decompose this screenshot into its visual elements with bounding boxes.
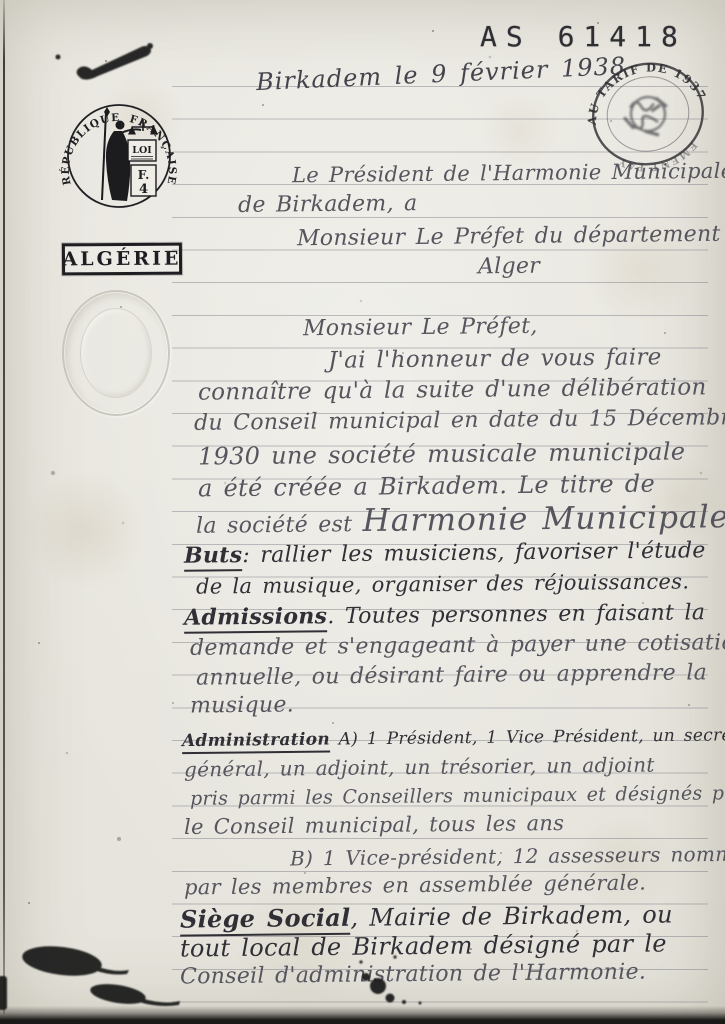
handwritten-text: annuelle, ou désirant faire ou apprendre… — [196, 660, 707, 690]
handwritten-line: la société est Harmonie Municipale — [196, 499, 725, 541]
handwritten-line: Monsieur Le Préfet du département — [297, 222, 721, 251]
left-fold-line — [3, 0, 5, 1014]
dateline: Birkadem le 9 février 1938 — [256, 52, 627, 96]
postal-stamp-smudge — [621, 93, 673, 142]
handwritten-line: le Conseil municipal, tous les ans — [184, 811, 564, 839]
handwritten-line: connaître qu'à la suite d'une délibérati… — [198, 374, 707, 405]
handwritten-line: demande et s'engageant à payer une cotis… — [190, 630, 725, 661]
svg-text:FRANÇAISE: FRANÇAISE — [128, 113, 178, 186]
fiscal-stamp-left-arc-text: RÉPUBLIQUE — [58, 112, 121, 186]
denomination-bottom-text: 4 — [139, 182, 148, 197]
bottom-edge-shadow — [0, 1006, 725, 1024]
document-page: AS 61418 Birkadem le 9 février 1938 AU T… — [0, 0, 725, 1024]
law-tablet: LOI — [128, 140, 156, 161]
handwritten-text: musique. — [190, 692, 294, 718]
handwritten-line: de Birkadem, a — [238, 191, 418, 218]
handwritten-line: du Conseil municipal en date du 15 Décem… — [194, 405, 725, 436]
handwritten-line: Le Président de l'Harmonie Municipale — [292, 159, 725, 188]
handwritten-line: Alger — [478, 254, 540, 280]
handwritten-line: tout local de Birkadem désigné par le — [180, 929, 667, 962]
handwritten-text: du Conseil municipal en date du 15 Décem… — [194, 405, 725, 436]
fiscal-stamp-right-arc-text: FRANÇAISE — [128, 113, 178, 186]
denomination-top-text: F. — [138, 168, 150, 182]
bottom-left-blot-b — [0, 976, 180, 1010]
handwritten-line: musique. — [190, 692, 294, 718]
handwritten-line: annuelle, ou désirant faire ou apprendre… — [196, 660, 707, 690]
handwritten-line: Admissions. Toutes personnes en faisant … — [184, 599, 705, 630]
handwritten-line: J'ai l'honneur de vous faire — [328, 344, 662, 373]
handwritten-line: Conseil d'administration de l'Harmonie. — [180, 960, 646, 990]
region-label: ALGÉRIE — [62, 243, 182, 276]
handwritten-text: tout local de Birkadem désigné par le — [180, 929, 667, 962]
serial-number: AS 61418 — [480, 20, 687, 53]
paper-specks — [0, 0, 2, 2]
handwritten-line: général, un adjoint, un trésorier, un ad… — [184, 753, 655, 782]
handwritten-text: Harmonie Municipale — [362, 499, 725, 539]
handwritten-line: Buts: rallier les musiciens, favoriser l… — [184, 537, 706, 568]
handwritten-line: de la musique, organiser des réjouissanc… — [196, 569, 689, 598]
handwritten-text: , Mairie de Birkadem, ou — [350, 900, 673, 931]
handwritten-text: B) 1 Vice-président, 12 assesseurs nommé… — [290, 842, 725, 871]
handwritten-text: a été créée a Birkadem. Le titre de — [198, 470, 655, 503]
handwritten-line: Siège Social, Mairie de Birkadem, ou — [180, 899, 673, 933]
handwritten-line: B) 1 Vice-président, 12 assesseurs nommé… — [290, 842, 725, 871]
handwritten-heading: Siège Social — [180, 903, 351, 937]
svg-text:RÉPUBLIQUE: RÉPUBLIQUE — [58, 112, 121, 186]
handwritten-line: a été créée a Birkadem. Le titre de — [198, 470, 655, 503]
handwritten-line: pris parmi les Conseillers municipaux et… — [190, 782, 725, 810]
handwritten-heading: Administration — [182, 730, 330, 755]
handwritten-heading: Buts — [184, 542, 243, 572]
justice-figure-icon: LOI F. 4 — [102, 107, 157, 201]
handwritten-text: Monsieur Le Préfet, — [303, 314, 538, 341]
handwritten-text: J'ai l'honneur de vous faire — [328, 344, 662, 373]
handwritten-heading: Admissions — [184, 603, 328, 633]
handwritten-line: par les membres en assemblée générale. — [184, 871, 646, 900]
handwritten-text: Le Président de l'Harmonie Municipale — [292, 159, 725, 188]
handwritten-text: 1930 une société musicale municipale — [198, 437, 686, 470]
handwritten-text: . Toutes personnes en faisant la — [327, 600, 705, 629]
handwritten-text: A) 1 Président, 1 Vice Président, un sec… — [330, 725, 725, 750]
handwritten-text: Conseil d'administration de l'Harmonie. — [180, 960, 646, 990]
handwritten-text: par les membres en assemblée générale. — [184, 871, 646, 900]
handwritten-text: Monsieur Le Préfet du département — [297, 222, 721, 251]
handwritten-text: Alger — [478, 254, 540, 280]
handwritten-text: : rallier les musiciens, favoriser l'étu… — [242, 538, 706, 568]
handwritten-line: Monsieur Le Préfet, — [303, 314, 538, 341]
handwritten-text: connaître qu'à la suite d'une délibérati… — [198, 374, 707, 405]
scales-icon — [129, 120, 157, 134]
handwritten-line: 1930 une société musicale municipale — [198, 437, 686, 470]
denomination-box: F. 4 — [131, 165, 156, 197]
law-tablet-text: LOI — [132, 145, 152, 156]
handwritten-text: général, un adjoint, un trésorier, un ad… — [184, 753, 655, 782]
handwritten-text: la société est — [196, 512, 363, 539]
handwritten-line: Administration A) 1 Président, 1 Vice Pr… — [182, 725, 725, 751]
handwritten-text: le Conseil municipal, tous les ans — [184, 811, 564, 839]
handwritten-text: de Birkadem, a — [238, 191, 418, 218]
handwritten-text: demande et s'engageant à payer une cotis… — [190, 630, 725, 661]
bottom-left-blot-a — [21, 942, 129, 980]
fiscal-stamp: RÉPUBLIQUE FRANÇAISE LOI — [56, 94, 182, 240]
top-left-smudge — [56, 43, 154, 80]
handwritten-text: pris parmi les Conseillers municipaux et… — [190, 782, 725, 810]
embossed-seal — [62, 290, 170, 416]
handwritten-text: de la musique, organiser des réjouissanc… — [196, 569, 689, 598]
